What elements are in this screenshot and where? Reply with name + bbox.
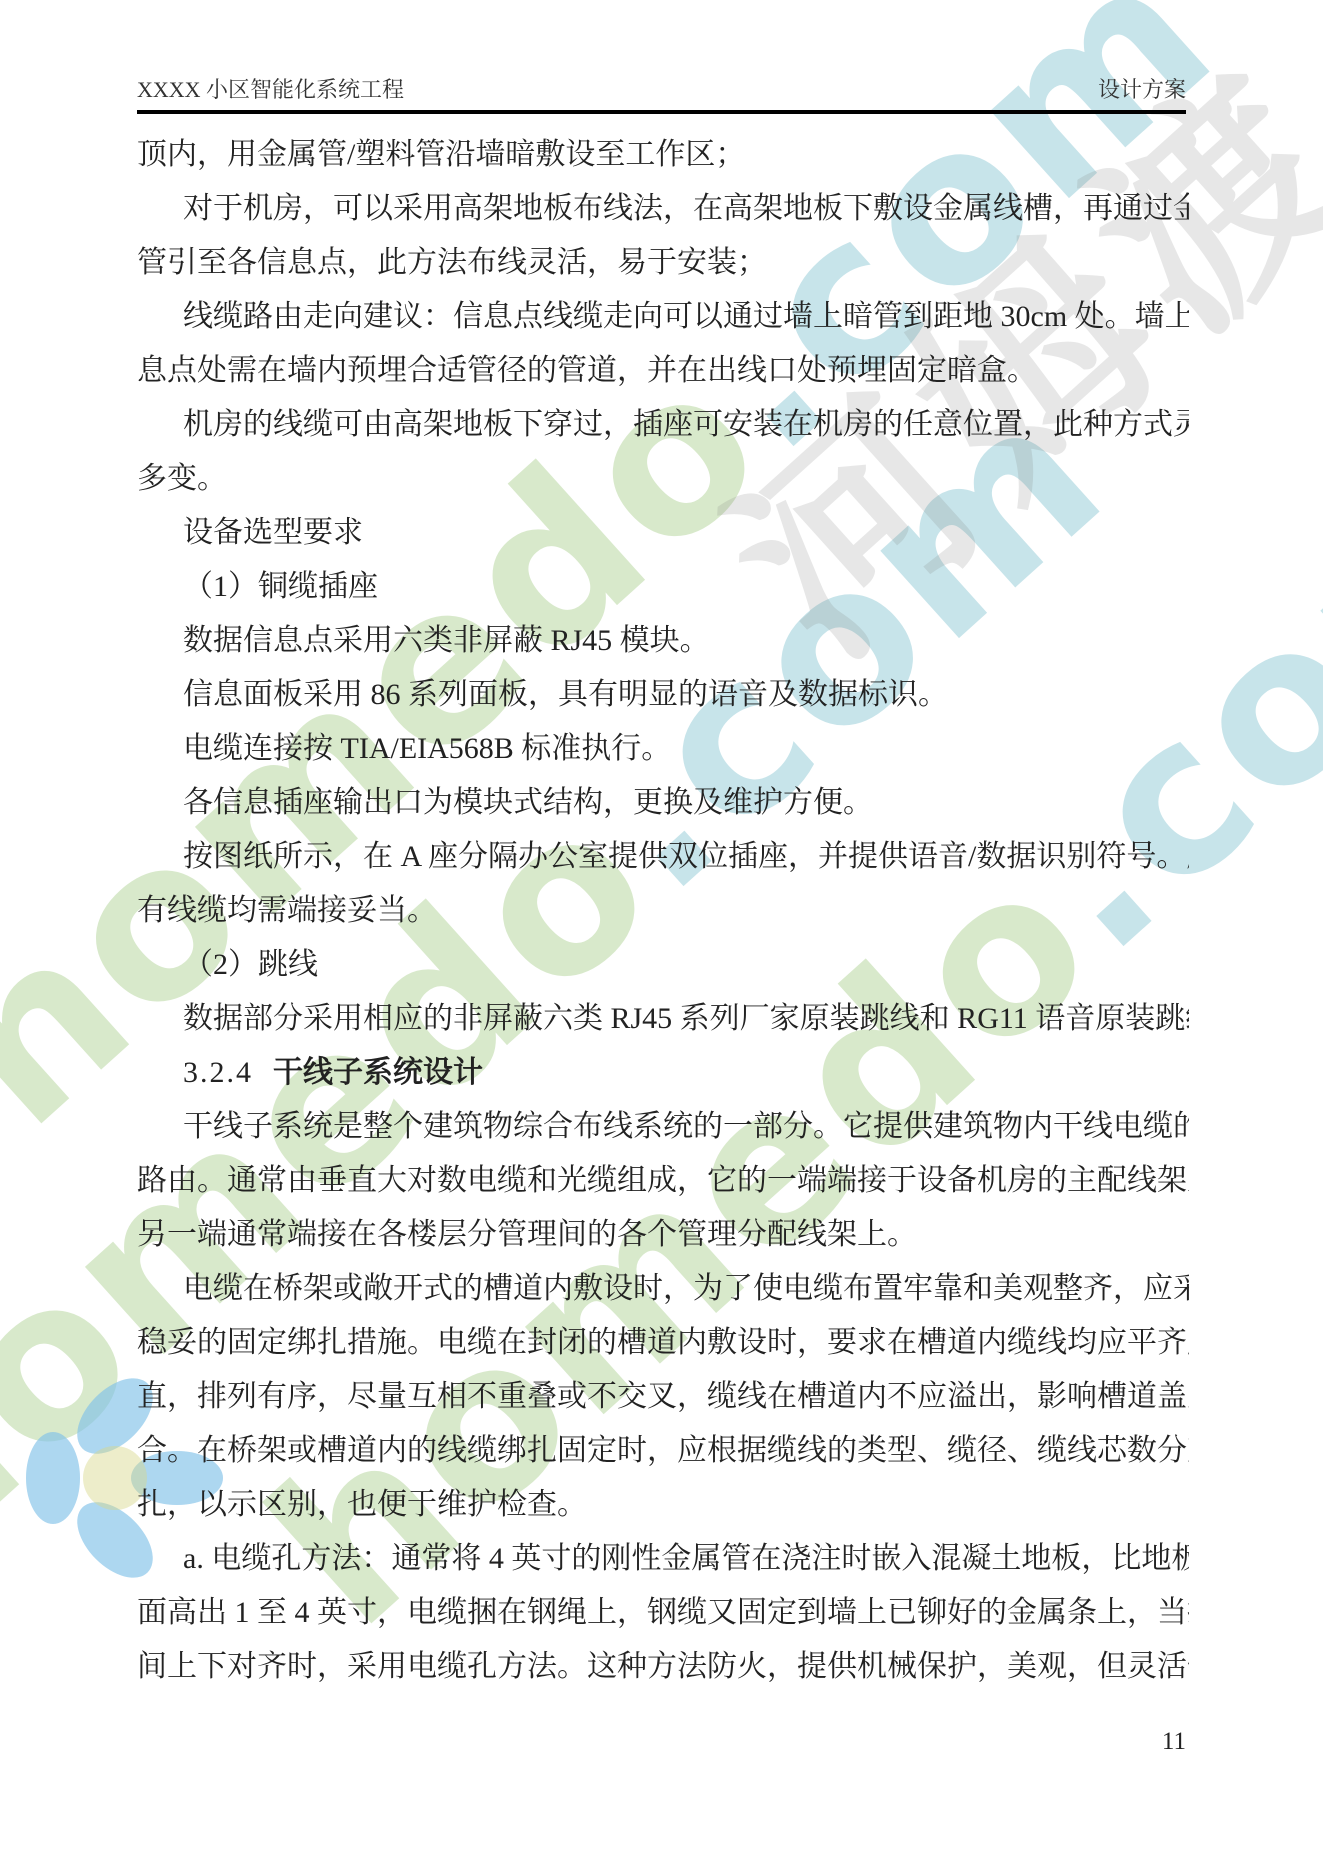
section-number: 3.2.4 — [183, 1056, 253, 1089]
body-line: 间上下对齐时，采用电缆孔方法。这种方法防火，提供机械保护，美观，但灵活性 — [137, 1640, 1189, 1694]
page-number: 11 — [1162, 1728, 1186, 1756]
body-line: 数据部分采用相应的非屏蔽六类 RJ45 系列厂家原装跳线和 RG11 语音原装跳… — [137, 992, 1189, 1046]
document-page: homedo.com homedo.com homedo.com 河姆渡 XXX… — [0, 0, 1323, 1871]
body-line: 设备选型要求 — [137, 506, 1189, 560]
body-line: 线缆路由走向建议：信息点线缆走向可以通过墙上暗管到距地 30cm 处。墙上信 — [137, 290, 1189, 344]
body-line: （1）铜缆插座 — [137, 560, 1189, 614]
body-line: 扎，以示区别，也便于维护检查。 — [137, 1478, 1189, 1532]
body-line: 信息面板采用 86 系列面板，具有明显的语音及数据标识。 — [137, 668, 1189, 722]
section-title: 干线子系统设计 — [273, 1055, 483, 1090]
body-line: 多变。 — [137, 452, 1189, 506]
body-line: 各信息插座输出口为模块式结构，更换及维护方便。 — [137, 776, 1189, 830]
body-line: 另一端通常端接在各楼层分管理间的各个管理分配线架上。 — [137, 1208, 1189, 1262]
body-line: 稳妥的固定绑扎措施。电缆在封闭的槽道内敷设时，要求在槽道内缆线均应平齐顺 — [137, 1316, 1189, 1370]
body-line: 有线缆均需端接妥当。 — [137, 884, 1189, 938]
page-header: XXXX 小区智能化系统工程 设计方案 — [137, 74, 1186, 104]
body-line: 合。在桥架或槽道内的线缆绑扎固定时，应根据缆线的类型、缆径、缆线芯数分束绑 — [137, 1424, 1189, 1478]
section-heading: 3.2.4干线子系统设计 — [137, 1046, 1189, 1100]
body-line: 息点处需在墙内预埋合适管径的管道，并在出线口处预埋固定暗盒。 — [137, 344, 1189, 398]
body-line: 面高出 1 至 4 英寸，电缆捆在钢绳上，钢缆又固定到墙上已铆好的金属条上，当接… — [137, 1586, 1189, 1640]
body-line: a. 电缆孔方法：通常将 4 英寸的刚性金属管在浇注时嵌入混凝土地板，比地板表 — [137, 1532, 1189, 1586]
header-rule — [137, 110, 1186, 114]
body-text: 顶内，用金属管/塑料管沿墙暗敷设至工作区；对于机房，可以采用高架地板布线法，在高… — [137, 128, 1189, 1694]
body-line: 管引至各信息点，此方法布线灵活，易于安装； — [137, 236, 1189, 290]
body-line: 电缆在桥架或敞开式的槽道内敷设时，为了使电缆布置牢靠和美观整齐，应采取 — [137, 1262, 1189, 1316]
body-line: 机房的线缆可由高架地板下穿过，插座可安装在机房的任意位置，此种方式灵活 — [137, 398, 1189, 452]
body-line: 路由。通常由垂直大对数电缆和光缆组成，它的一端端接于设备机房的主配线架上， — [137, 1154, 1189, 1208]
body-line: 直，排列有序，尽量互相不重叠或不交叉，缆线在槽道内不应溢出，影响槽道盖盖 — [137, 1370, 1189, 1424]
body-line: 数据信息点采用六类非屏蔽 RJ45 模块。 — [137, 614, 1189, 668]
body-line: 对于机房，可以采用高架地板布线法，在高架地板下敷设金属线槽，再通过金属 — [137, 182, 1189, 236]
header-project-title: XXXX 小区智能化系统工程 — [137, 73, 404, 104]
header-doc-type: 设计方案 — [1098, 73, 1186, 104]
body-line: 电缆连接按 TIA/EIA568B 标准执行。 — [137, 722, 1189, 776]
body-line: （2）跳线 — [137, 938, 1189, 992]
body-line: 干线子系统是整个建筑物综合布线系统的一部分。它提供建筑物内干线电缆的 — [137, 1100, 1189, 1154]
body-line: 按图纸所示，在 A 座分隔办公室提供双位插座，并提供语音/数据识别符号。所 — [137, 830, 1189, 884]
body-line: 顶内，用金属管/塑料管沿墙暗敷设至工作区； — [137, 128, 1189, 182]
